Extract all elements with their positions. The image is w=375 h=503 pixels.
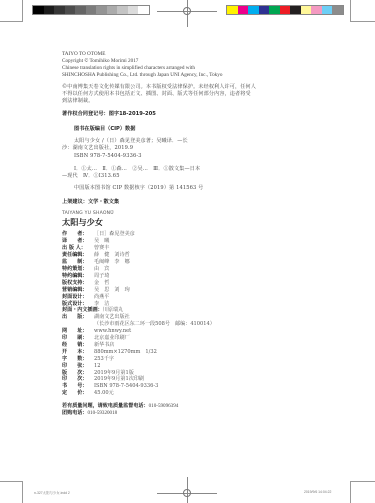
classification-line: Ⅰ．①太… Ⅱ．①森… ②吴… Ⅲ．①散文集—日本 [62,166,312,173]
crop-mark-top-right-h [350,21,375,22]
crop-mark-bottom-left-v [22,481,23,503]
legal-notice-line: 到法律制裁。 [62,98,312,105]
translation-rights-line: Chinese translation rights in simplified… [62,65,312,72]
color-swatch [227,6,238,14]
credit-row: 特约编辑：周子琦 [62,273,312,280]
credit-value: 周子琦 [94,273,109,280]
quality-hotline-number: 010-59096394 [149,403,179,409]
credit-value: 253千字 [94,356,114,363]
color-swatch [290,6,301,14]
credit-row: 字 数：253千字 [62,356,312,363]
credits-list: 作 者：［日］森见登美彦译 者：吴 曦出 版 人：曾赛丰责任编辑：薛 健 刘诗哲… [62,231,312,397]
legal-notice-line: 不得以任何方式使用本书包括正文、插图、封面、版式等任何部分内容，违者将受 [62,91,312,98]
credit-value: 新华书店 [94,342,114,349]
gray-swatch [54,6,65,14]
cmyk-color-bar [226,5,344,15]
credit-row: 印 次：2019年9月第1次印刷 [62,376,312,383]
color-swatch [322,6,333,14]
credit-value: 12 [94,363,100,370]
credit-value: 毛闽峰 李 娜 [94,259,130,266]
copyright-line: Copyright © Tomihiko Morimi 2017 [62,58,312,65]
slug-timestamp: 2019/9/6 14:04:22 [304,490,331,494]
group-purchase-label: 团购电话： [62,410,87,416]
credit-label: 印 张： [62,363,94,370]
credit-label: 印 刷： [62,335,94,342]
gray-swatch [96,6,107,14]
copyright-page: TAIYO TO OTOME Copyright © Tomihiko Mori… [62,51,312,417]
crop-mark-top-left-v [22,0,23,22]
shelf-suggestion: 上架建议：文学・散文集 [62,198,312,205]
credit-row: （长沙市雨花区东二环一段508号 邮编：410014） [62,321,312,328]
color-swatch [280,6,291,14]
credit-row: 特约策划：由 宾 [62,266,312,273]
group-purchase-number: 010-59320018 [87,410,117,416]
color-swatch [269,6,280,14]
gray-swatch [44,6,55,14]
credit-row: 版权支持：金 哲 [62,280,312,287]
crop-mark-top-right-v [350,0,351,22]
color-swatch [248,6,259,14]
credit-value: 2019年9月第1次印刷 [94,376,144,383]
credit-row: 印 刷：北京嘉业印刷厂 [62,335,312,342]
gray-swatch [128,6,139,14]
gray-swatch [138,6,149,14]
credit-row: 定 价：45.00元 [62,390,312,397]
credit-label: 字 数： [62,356,94,363]
grayscale-color-bar [32,5,150,15]
book-title: 太阳与少女 [62,217,312,228]
credit-label: 封面设计： [62,294,94,301]
credit-value: 金 哲 [94,280,109,287]
credit-value: 吴 思 刘 珣 [94,287,130,294]
cip-classification: Ⅰ．①太… Ⅱ．①森… ②吴… Ⅲ．①散文集—日本 —现代 Ⅳ．①I313.65 [62,166,312,180]
credit-row: 封面设计：尚燕平 [62,294,312,301]
credit-label: 特约编辑： [62,273,94,280]
cip-line: 沙：湖南文艺出版社，2019.9 [62,145,312,152]
credit-value: （长沙市雨花区东二环一段508号 邮编：410014） [94,321,215,328]
color-swatch [311,6,322,14]
credit-label: 出 版： [62,314,94,321]
legal-notice: ©中南博集天卷文化传媒有限公司。本书版权受法律保护。未经权利人许可，任何人 不得… [62,84,312,106]
credit-label: 网 址： [62,328,94,335]
credit-value: 45.00元 [94,390,114,397]
cip-data-number: 中国版本图书馆 CIP 数据核字（2019）第 141563 号 [62,185,312,192]
contract-registration: 著作权合同登记号：图字18-2019-205 [62,110,312,117]
gray-swatch [75,6,86,14]
credit-value: 由 宾 [94,266,109,273]
credit-value: www.hnwy.net [94,328,131,335]
color-swatch [259,6,270,14]
credit-label: 开 本： [62,349,94,356]
legal-notice-line: ©中南博集天卷文化传媒有限公司。本书版权受法律保护。未经权利人许可，任何人 [62,84,312,91]
cip-heading: 图书在版编目（CIP）数据 [74,125,312,132]
quality-hotline-label: 若有质量问题，请致电质量监督电话： [62,403,149,409]
credit-row: 营销编辑：吴 思 刘 珣 [62,287,312,294]
credit-row: 印 张：12 [62,363,312,370]
credit-label: 版权支持： [62,280,94,287]
credit-value: 尚燕平 [94,294,109,301]
crop-mark-bottom-right-v [350,481,351,503]
book-title-pinyin: TAIYANG YU SHAONÜ [62,211,312,216]
credit-label: 经 销： [62,342,94,349]
color-swatch [332,6,343,14]
credit-label: 定 价： [62,390,94,397]
original-title: TAIYO TO OTOME [62,51,312,58]
crop-mark-top-left-h [0,21,22,22]
gray-swatch [33,6,44,14]
classification-line: —现代 Ⅳ．①I313.65 [62,173,312,180]
credit-row: 监 制：毛闽峰 李 娜 [62,259,312,266]
credit-row: 网 址：www.hnwy.net [62,328,312,335]
agency-line: SHINCHOSHA Publishing Co., Ltd. through … [62,72,312,79]
credit-label: 营销编辑： [62,287,94,294]
credit-label: 特约策划： [62,266,94,273]
crop-mark-bottom-right-h [350,481,375,482]
group-purchase-phone: 团购电话：010-59320018 [62,410,312,417]
gray-swatch [65,6,76,14]
credit-row: 开 本：880mm×1270mm 1/32 [62,349,312,356]
crop-mark-bottom-left-h [0,481,22,482]
cip-record: 太阳与少女 /（日）森见登美彦著；吴曦译．—长 沙：湖南文艺出版社，2019.9… [62,138,312,160]
gray-swatch [117,6,128,14]
credit-value: 北京嘉业印刷厂 [94,335,130,342]
slug-file-name: n-327太阳与少女.indd 2 [34,490,70,495]
registration-mark-bottom-icon [179,485,195,501]
color-swatch [301,6,312,14]
credit-label: 监 制： [62,259,94,266]
registration-mark-top-icon [179,3,195,19]
cip-isbn: ISBN 978-7-5404-9336-3 [62,153,312,160]
gray-swatch [86,6,97,14]
foreign-copyright-block: TAIYO TO OTOME Copyright © Tomihiko Mori… [62,51,312,79]
credit-row: 经 销：新华书店 [62,342,312,349]
credit-value: 880mm×1270mm 1/32 [94,349,157,356]
color-swatch [238,6,249,14]
gray-swatch [107,6,118,14]
